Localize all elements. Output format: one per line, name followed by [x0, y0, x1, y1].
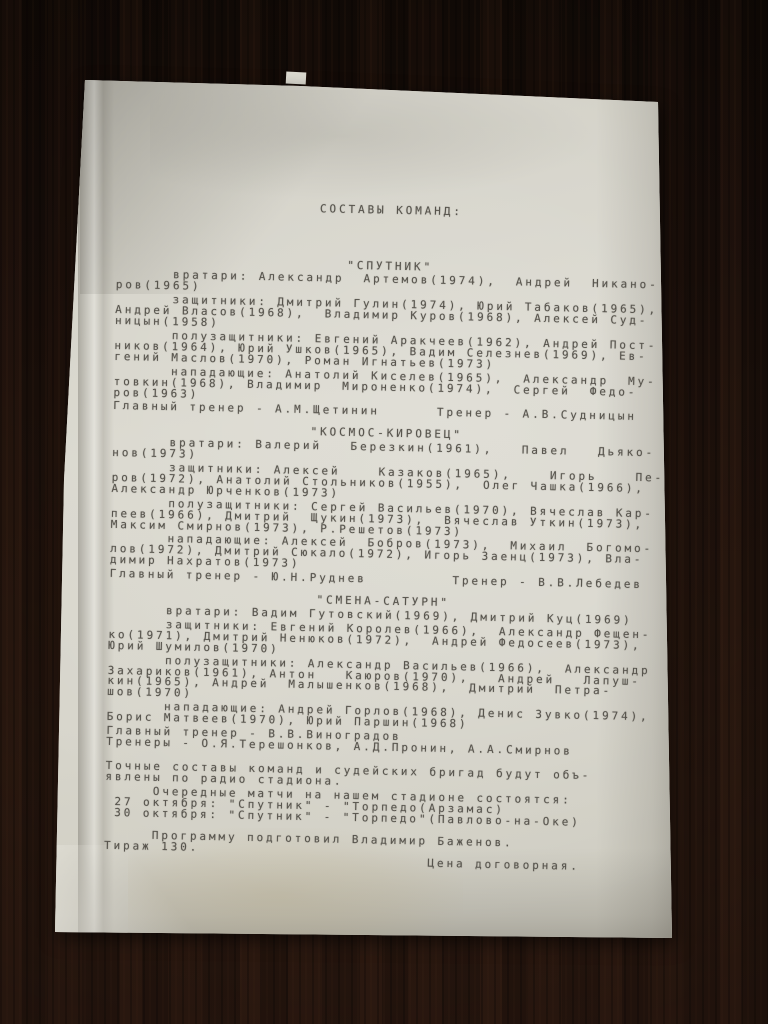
text-block-team: "СМЕНА-САТУРН" вратари: Вадим Гутовский(…	[106, 591, 657, 759]
paper-shadow-wrap: СОСТАВЫ КОМАНД: "СПУТНИК" вратари: Алекс…	[0, 0, 768, 1024]
photo-of-programme: СОСТАВЫ КОМАНД: "СПУТНИК" вратари: Алекс…	[0, 0, 768, 1024]
text-block-team: "СПУТНИК" вратари: Александр Артемов(197…	[113, 256, 664, 424]
programme-page: СОСТАВЫ КОМАНД: "СПУТНИК" вратари: Алекс…	[0, 0, 768, 1024]
paragraph: Программу подготовил Владимир Баженов.Ти…	[104, 830, 653, 874]
text-block-notes: Точные составы команд и судейских бригад…	[105, 761, 654, 830]
text-block-team: "КОСМОС-КИРОВЕЦ" вратари: Валерий Березк…	[110, 423, 661, 591]
document-blocks: "СПУТНИК" вратари: Александр Артемов(197…	[104, 256, 665, 875]
typewritten-text: СОСТАВЫ КОМАНД: "СПУТНИК" вратари: Алекс…	[103, 178, 666, 896]
document-title: СОСТАВЫ КОМАНД:	[117, 200, 665, 222]
text-block-credits: Программу подготовил Владимир Баженов.Ти…	[104, 830, 653, 874]
